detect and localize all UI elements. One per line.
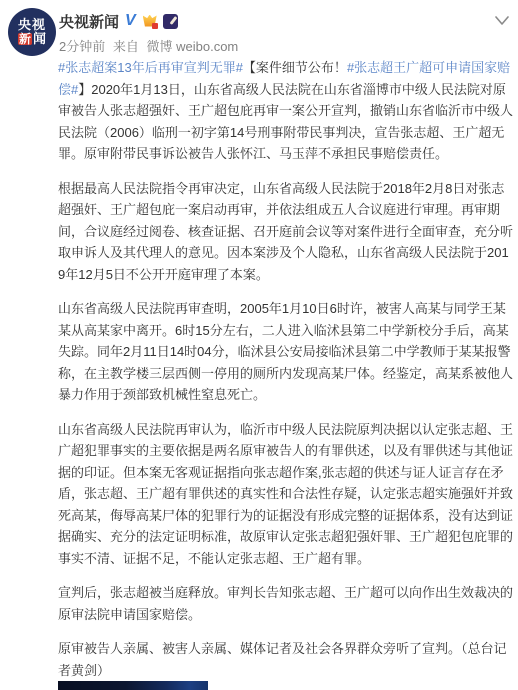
post-text: 【案件细节公布！ (243, 60, 347, 75)
chevron-down-icon[interactable] (494, 14, 510, 26)
source-link[interactable]: 微博 weibo.com (147, 39, 239, 54)
post-meta: 2分钟前 来自 微博 weibo.com (59, 36, 510, 55)
timestamp[interactable]: 2分钟前 (59, 39, 105, 54)
name-row: 央视新闻 V (59, 11, 510, 31)
header-text: 央视新闻 V 2分钟前 来自 微博 weibo.com (59, 8, 510, 55)
avatar-logo-text-bottom: 新闻 (18, 32, 46, 46)
username-link[interactable]: 央视新闻 (59, 11, 119, 32)
avatar[interactable]: 央视 新闻 (8, 8, 56, 56)
post-paragraph: 根据最高人民法院指令再审决定，山东省高级人民法院于2018年2月8日对张志超强奸… (58, 178, 514, 286)
verified-v-icon: V (125, 13, 136, 29)
hashtag-link[interactable]: #张志超案13年后再审宣判无罪# (58, 60, 243, 75)
post-content: #张志超案13年后再审宣判无罪#【案件细节公布！#张志超王广超可申请国家赔偿#】… (58, 57, 514, 690)
post-text: 山东省高级人民法院再审认为，临沂市中级人民法院原判决据以认定张志超、王广超犯罪事… (58, 422, 513, 566)
post-paragraph: #张志超案13年后再审宣判无罪#【案件细节公布！#张志超王广超可申请国家赔偿#】… (58, 57, 514, 165)
avatar-logo-text-top: 央视 (18, 18, 46, 32)
post-paragraph: 原审被告人亲属、被害人亲属、媒体记者及社会各界群众旁听了宣判。（总台记者黄剑） (58, 638, 514, 681)
attached-image-thumbnail-cropped[interactable] (58, 681, 208, 690)
post-text: 山东省高级人民法院再审查明，2005年1月10日6时许，被害人高某与同学王某某从… (58, 301, 513, 402)
supporter-badge-icon[interactable] (163, 14, 178, 29)
vip-crown-icon[interactable] (143, 14, 158, 29)
post-text: 】2020年1月13日，山东省高级人民法院在山东省淄博市中级人民法院对原审被告人… (58, 82, 513, 162)
post-paragraph: 宣判后，张志超被当庭释放。审判长告知张志超、王广超可以向作出生效裁决的原审法院申… (58, 582, 514, 625)
weibo-post-card: 央视 新闻 央视新闻 V 2分钟前 来自 微博 weibo.com #张志超案1… (0, 0, 518, 690)
post-text: 原审被告人亲属、被害人亲属、媒体记者及社会各界群众旁听了宣判。（总台记者黄剑） (58, 641, 507, 678)
post-text: 宣判后，张志超被当庭释放。审判长告知张志超、王广超可以向作出生效裁决的原审法院申… (58, 585, 513, 622)
avatar-logo-red-block: 新 (18, 33, 32, 46)
source-prefix: 来自 (113, 39, 139, 54)
post-header: 央视 新闻 央视新闻 V 2分钟前 来自 微博 weibo.com (8, 8, 510, 58)
post-paragraph: 山东省高级人民法院再审认为，临沂市中级人民法院原判决据以认定张志超、王广超犯罪事… (58, 419, 514, 570)
post-text: 根据最高人民法院指令再审决定，山东省高级人民法院于2018年2月8日对张志超强奸… (58, 181, 513, 282)
post-paragraph: 山东省高级人民法院再审查明，2005年1月10日6时许，被害人高某与同学王某某从… (58, 298, 514, 406)
